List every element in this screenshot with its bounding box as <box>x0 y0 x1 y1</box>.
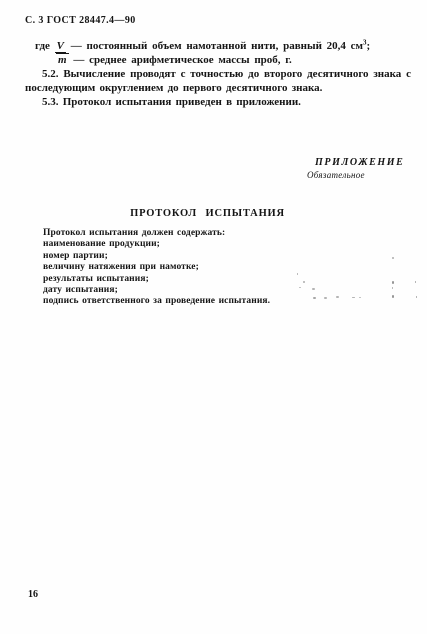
scan-speck <box>392 281 394 284</box>
protocol-requirements-list: Протокол испытания должен содержать: наи… <box>43 228 363 308</box>
scanned-document-page: С. 3 ГОСТ 28447.4—90 где V — постоянный … <box>0 0 427 634</box>
scan-speck <box>297 273 298 275</box>
scan-speck <box>416 296 417 298</box>
scan-speck <box>336 296 339 298</box>
definition-v-tail: ; <box>367 40 371 52</box>
scan-speck <box>352 297 355 298</box>
definition-m-text: — среднее арифметическое массы проб, г. <box>73 54 292 66</box>
clause-5-3: 5.3. Протокол испытания приведен в прило… <box>25 95 411 109</box>
protocol-list-item: номер партии; <box>43 251 363 262</box>
scan-speck <box>312 288 315 290</box>
symbol-v: V <box>55 40 66 53</box>
definition-v-text: — постоянный объем намотанной нити, равн… <box>71 40 363 52</box>
page-number: 16 <box>28 589 38 600</box>
protocol-list-item: результаты испытания; <box>43 274 363 285</box>
clause-body: где V — постоянный объем намотанной нити… <box>25 39 411 109</box>
definition-line-v: где V — постоянный объем намотанной нити… <box>25 39 411 53</box>
protocol-list-item: величину натяжения при намотке; <box>43 262 363 273</box>
scan-speck <box>392 295 394 298</box>
appendix-label: ПРИЛОЖЕНИЕ <box>315 157 404 168</box>
appendix-sublabel: Обязательное <box>307 170 365 180</box>
where-label: где <box>35 40 50 52</box>
scan-speck <box>415 281 416 283</box>
protocol-list-item: наименование продукции; <box>43 239 363 250</box>
scan-speck <box>313 297 316 299</box>
scan-speck <box>359 297 361 298</box>
protocol-list-item: дату испытания; <box>43 285 363 296</box>
definition-line-m: m — среднее арифметическое массы проб, г… <box>25 53 411 67</box>
running-header: С. 3 ГОСТ 28447.4—90 <box>25 15 136 26</box>
symbol-m: m <box>56 53 69 66</box>
scan-speck <box>392 257 394 259</box>
scan-speck <box>392 287 393 289</box>
scan-speck <box>299 287 301 288</box>
scan-speck <box>324 297 327 299</box>
protocol-list-intro: Протокол испытания должен содержать: <box>43 228 363 239</box>
appendix-title: ПРОТОКОЛ ИСПЫТАНИЯ <box>0 208 415 219</box>
scan-speck <box>303 281 305 283</box>
clause-5-2: 5.2. Вычисление проводят с точностью до … <box>25 67 411 95</box>
